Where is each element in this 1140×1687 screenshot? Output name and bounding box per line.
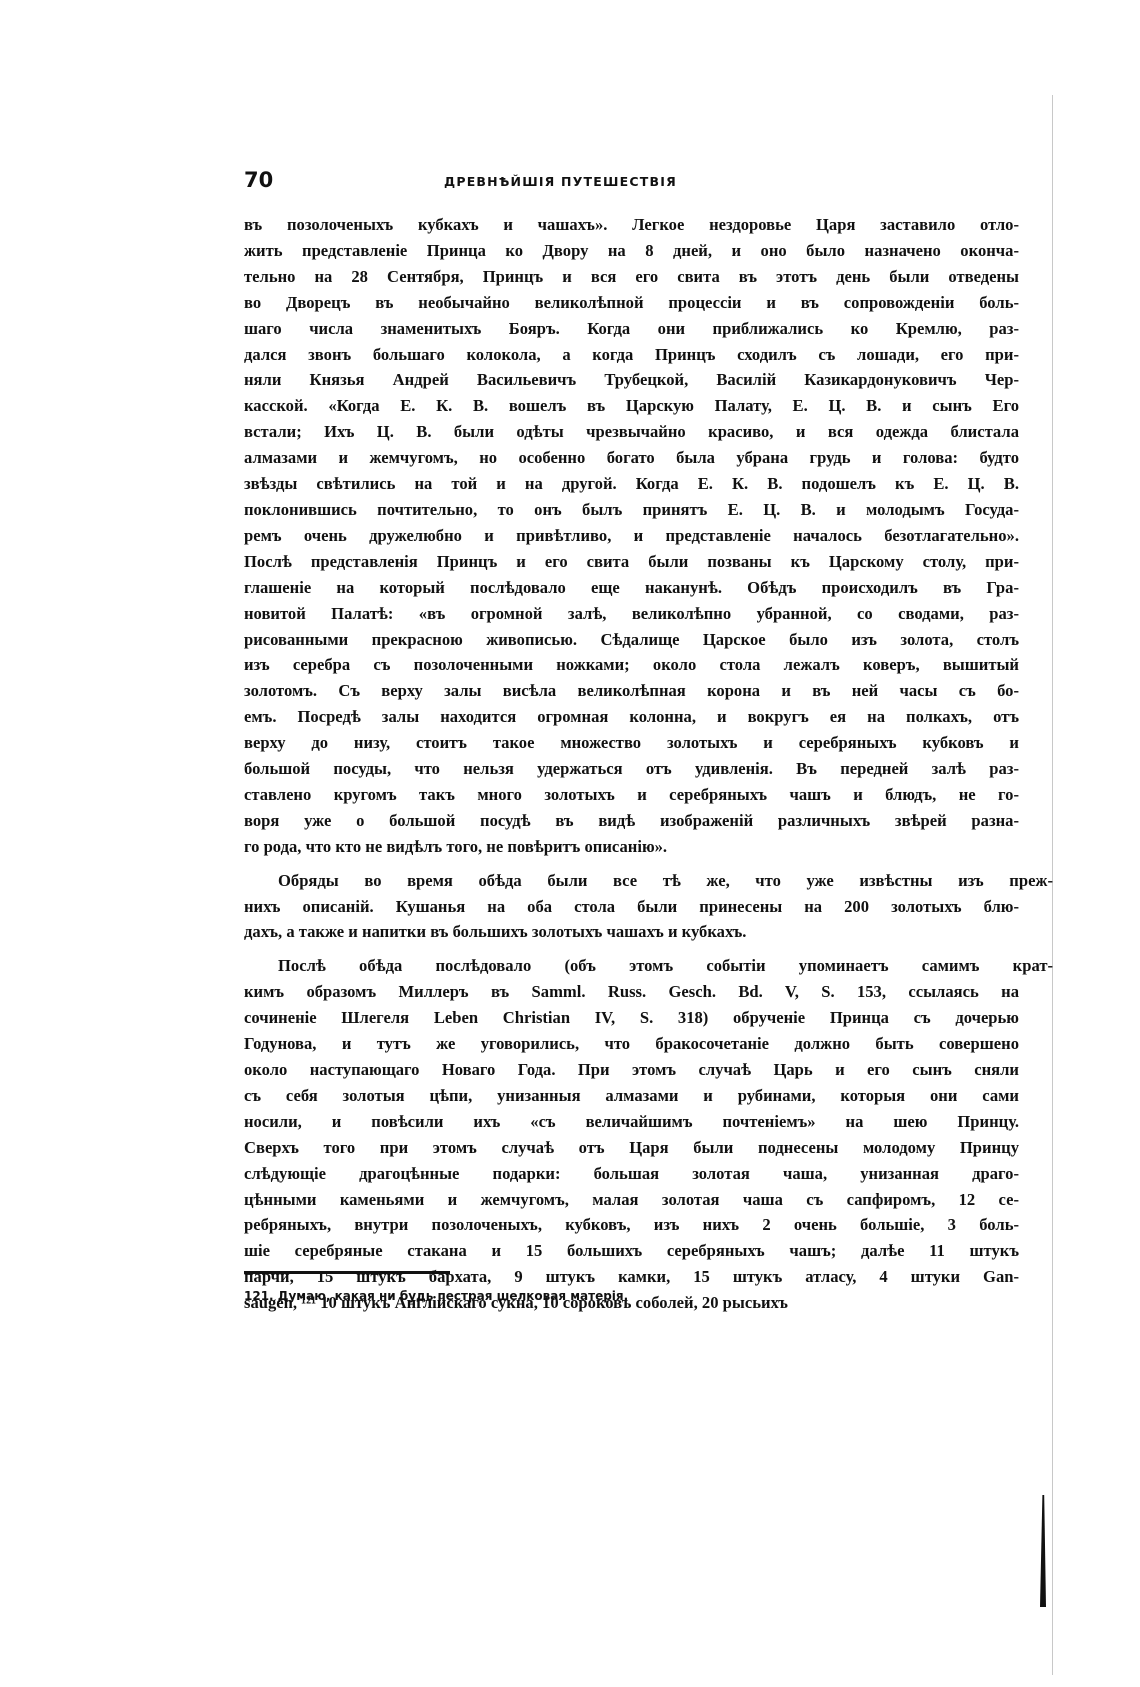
text-line: ставлено кругомъ такъ много золотыхъ и с… [244, 782, 1019, 808]
text-line: Годунова, и тутъ же уговорились, что бра… [244, 1031, 1019, 1057]
text-line: золотомъ. Съ верху залы висѣла великолѣп… [244, 678, 1019, 704]
text-line: поклонившись почтительно, то онъ былъ пр… [244, 497, 1019, 523]
text-line: звѣзды свѣтились на той и на другой. Ког… [244, 471, 1019, 497]
text-line: глашеніе на который послѣдовало еще нака… [244, 575, 1019, 601]
text-line: касской. «Когда Е. К. В. вошелъ въ Царск… [244, 393, 1019, 419]
text-line: ребряныхъ, внутри позолоченыхъ, кубковъ,… [244, 1212, 1019, 1238]
text-line: сочиненіе Шлегеля Leben Christian IV, S.… [244, 1005, 1019, 1031]
text-line: съ себя золотыя цѣпи, унизанныя алмазами… [244, 1083, 1019, 1109]
paragraph: Обряды во время обѣда были все тѣ же, чт… [244, 868, 1019, 946]
text-line: носили, и повѣсили ихъ «съ величайшимъ п… [244, 1109, 1019, 1135]
running-head: ДРЕВНѢЙШІЯ ПУТЕШЕСТВІЯ [444, 174, 677, 189]
text-line: во Дворецъ въ необычайно великолѣпной пр… [244, 290, 1019, 316]
text-line: ремъ очень дружелюбно и привѣтливо, и пр… [244, 523, 1019, 549]
text-line: шаго числа знаменитыхъ Бояръ. Когда они … [244, 316, 1019, 342]
footnote-divider [244, 1271, 450, 1274]
scan-edge-mark [1040, 1495, 1046, 1607]
body-text: въ позолоченыхъ кубкахъ и чашахъ». Легко… [244, 212, 1019, 1316]
text-line: въ позолоченыхъ кубкахъ и чашахъ». Легко… [244, 212, 1019, 238]
text-line: няли Князья Андрей Васильевичъ Трубецкой… [244, 367, 1019, 393]
text-line: нихъ описаній. Кушанья на оба стола были… [244, 894, 1019, 920]
paragraph: въ позолоченыхъ кубкахъ и чашахъ». Легко… [244, 212, 1019, 860]
text-line: новитой Палатѣ: «въ огромной залѣ, велик… [244, 601, 1019, 627]
text-line: большой посуды, что нельзя удержаться от… [244, 756, 1019, 782]
text-line: тельно на 28 Сентября, Принцъ и вся его … [244, 264, 1019, 290]
text-line: алмазами и жемчугомъ, но особенно богато… [244, 445, 1019, 471]
text-line: рисованными прекрасною живописью. Сѣдали… [244, 627, 1019, 653]
text-line: слѣдующіе драгоцѣнные подарки: большая з… [244, 1161, 1019, 1187]
text-line: емъ. Посредѣ залы находится огромная кол… [244, 704, 1019, 730]
paragraph: Послѣ обѣда послѣдовало (объ этомъ событ… [244, 953, 1019, 1316]
text-line: кимъ образомъ Миллеръ въ Samml. Russ. Ge… [244, 979, 1019, 1005]
text-line: изъ серебра съ позолоченными ножками; ок… [244, 652, 1019, 678]
text-line: дался звонъ большаго колокола, а когда П… [244, 342, 1019, 368]
text-line: Послѣ обѣда послѣдовало (объ этомъ событ… [244, 953, 1053, 979]
text-line: шіе серебряные стакана и 15 большихъ сер… [244, 1238, 1019, 1264]
text-line: встали; Ихъ Ц. В. были одѣты чрезвычайно… [244, 419, 1019, 445]
text-line: го рода, что кто не видѣлъ того, не повѣ… [244, 834, 1019, 860]
page-header: 70 ДРЕВНѢЙШІЯ ПУТЕШЕСТВІЯ [244, 168, 1019, 198]
text-line: воря уже о большой посудѣ въ видѣ изобра… [244, 808, 1019, 834]
page-number: 70 [244, 168, 273, 192]
text-line: около наступающаго Новаго Года. При этом… [244, 1057, 1019, 1083]
text-line: парчи, 15 штукъ бархата, 9 штукъ камки, … [244, 1264, 1019, 1290]
text-line: Послѣ представленія Принцъ и его свита б… [244, 549, 1019, 575]
text-line: Обряды во время обѣда были все тѣ же, чт… [244, 868, 1053, 894]
footnote-121: 121. Думаю, какая ни будь пестрая шелков… [244, 1289, 628, 1303]
text-line: Сверхъ того при этомъ случаѣ отъ Царя бы… [244, 1135, 1019, 1161]
text-line: жить представленіе Принца ко Двору на 8 … [244, 238, 1019, 264]
text-line: верху до низу, стоитъ такое множество зо… [244, 730, 1019, 756]
text-line: цѣнными каменьями и жемчугомъ, малая зол… [244, 1187, 1019, 1213]
book-page: 70 ДРЕВНѢЙШІЯ ПУТЕШЕСТВІЯ въ позолоченых… [0, 0, 1140, 1687]
text-line: дахъ, а также и напитки въ большихъ золо… [244, 919, 1019, 945]
